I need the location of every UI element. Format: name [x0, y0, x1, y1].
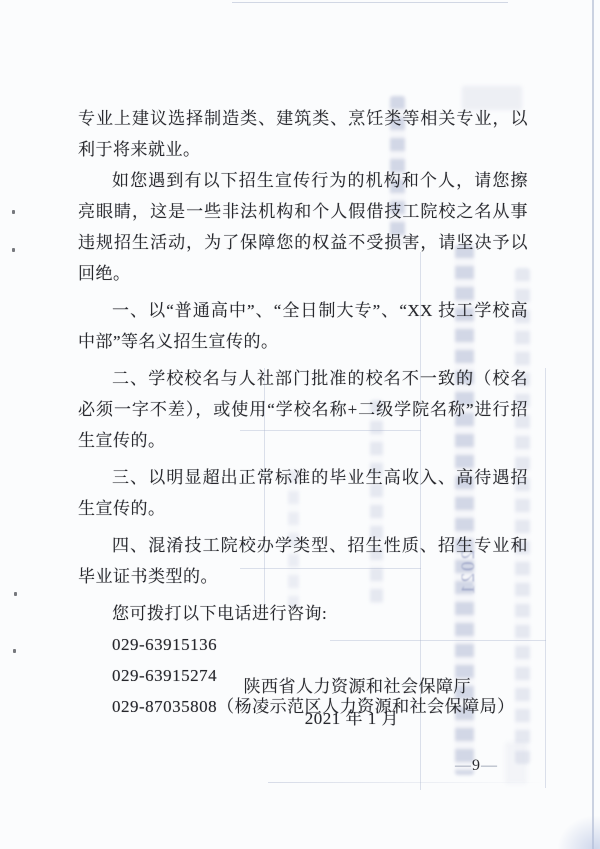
- signature-block: 陕西省人力资源和社会保障厅 2021 年 1 月: [78, 671, 528, 735]
- document-page: 2021 专业上建议选择制造类、建筑类、烹饪类等相关专业，以利于将来就业。如您遇…: [0, 0, 600, 849]
- paragraph: 您可拨打以下电话进行咨询:: [78, 598, 528, 629]
- scan-speck: [13, 649, 16, 653]
- paragraph: 三、以明显超出正常标准的毕业生高收入、高待遇招生宣传的。: [78, 462, 528, 524]
- paragraph: 029-63915136: [78, 629, 528, 660]
- bleed-through-table-line: [268, 782, 546, 783]
- page-number-dash-left: —: [455, 757, 472, 774]
- page-number-dash-right: —: [481, 757, 498, 774]
- scan-speck: [14, 592, 17, 596]
- bleed-through-table-line: [545, 368, 546, 788]
- signature-date: 2021 年 1 月: [78, 703, 528, 735]
- document-body: 专业上建议选择制造类、建筑类、烹饪类等相关专业，以利于将来就业。如您遇到有以下招…: [78, 103, 528, 722]
- bleed-through-patch: [505, 742, 527, 784]
- scan-speck: [12, 210, 15, 214]
- paragraph: 专业上建议选择制造类、建筑类、烹饪类等相关专业，以利于将来就业。: [78, 103, 528, 165]
- page-number-value: 9: [472, 757, 481, 774]
- paragraph: 一、以“普通高中”、“全日制大专”、“XX 技工学校高中部”等名义招生宣传的。: [78, 295, 528, 357]
- paragraph: 四、混淆技工院校办学类型、招生性质、招生专业和毕业证书类型的。: [78, 530, 528, 592]
- signature-organization: 陕西省人力资源和社会保障厅: [78, 671, 528, 703]
- paragraph: 二、学校校名与人社部门批准的校名不一致的（校名必须一字不差），或使用“学校名称+…: [78, 363, 528, 456]
- scan-edge-line-right: [592, 0, 594, 849]
- paragraph: 如您遇到有以下招生宣传行为的机构和个人，请您擦亮眼睛，这是一些非法机构和个人假借…: [78, 165, 528, 289]
- scan-corner-smudge: [558, 816, 600, 849]
- scan-edge-line-top: [232, 2, 508, 3]
- page-number: —9—: [455, 757, 498, 775]
- scan-speck: [12, 248, 15, 252]
